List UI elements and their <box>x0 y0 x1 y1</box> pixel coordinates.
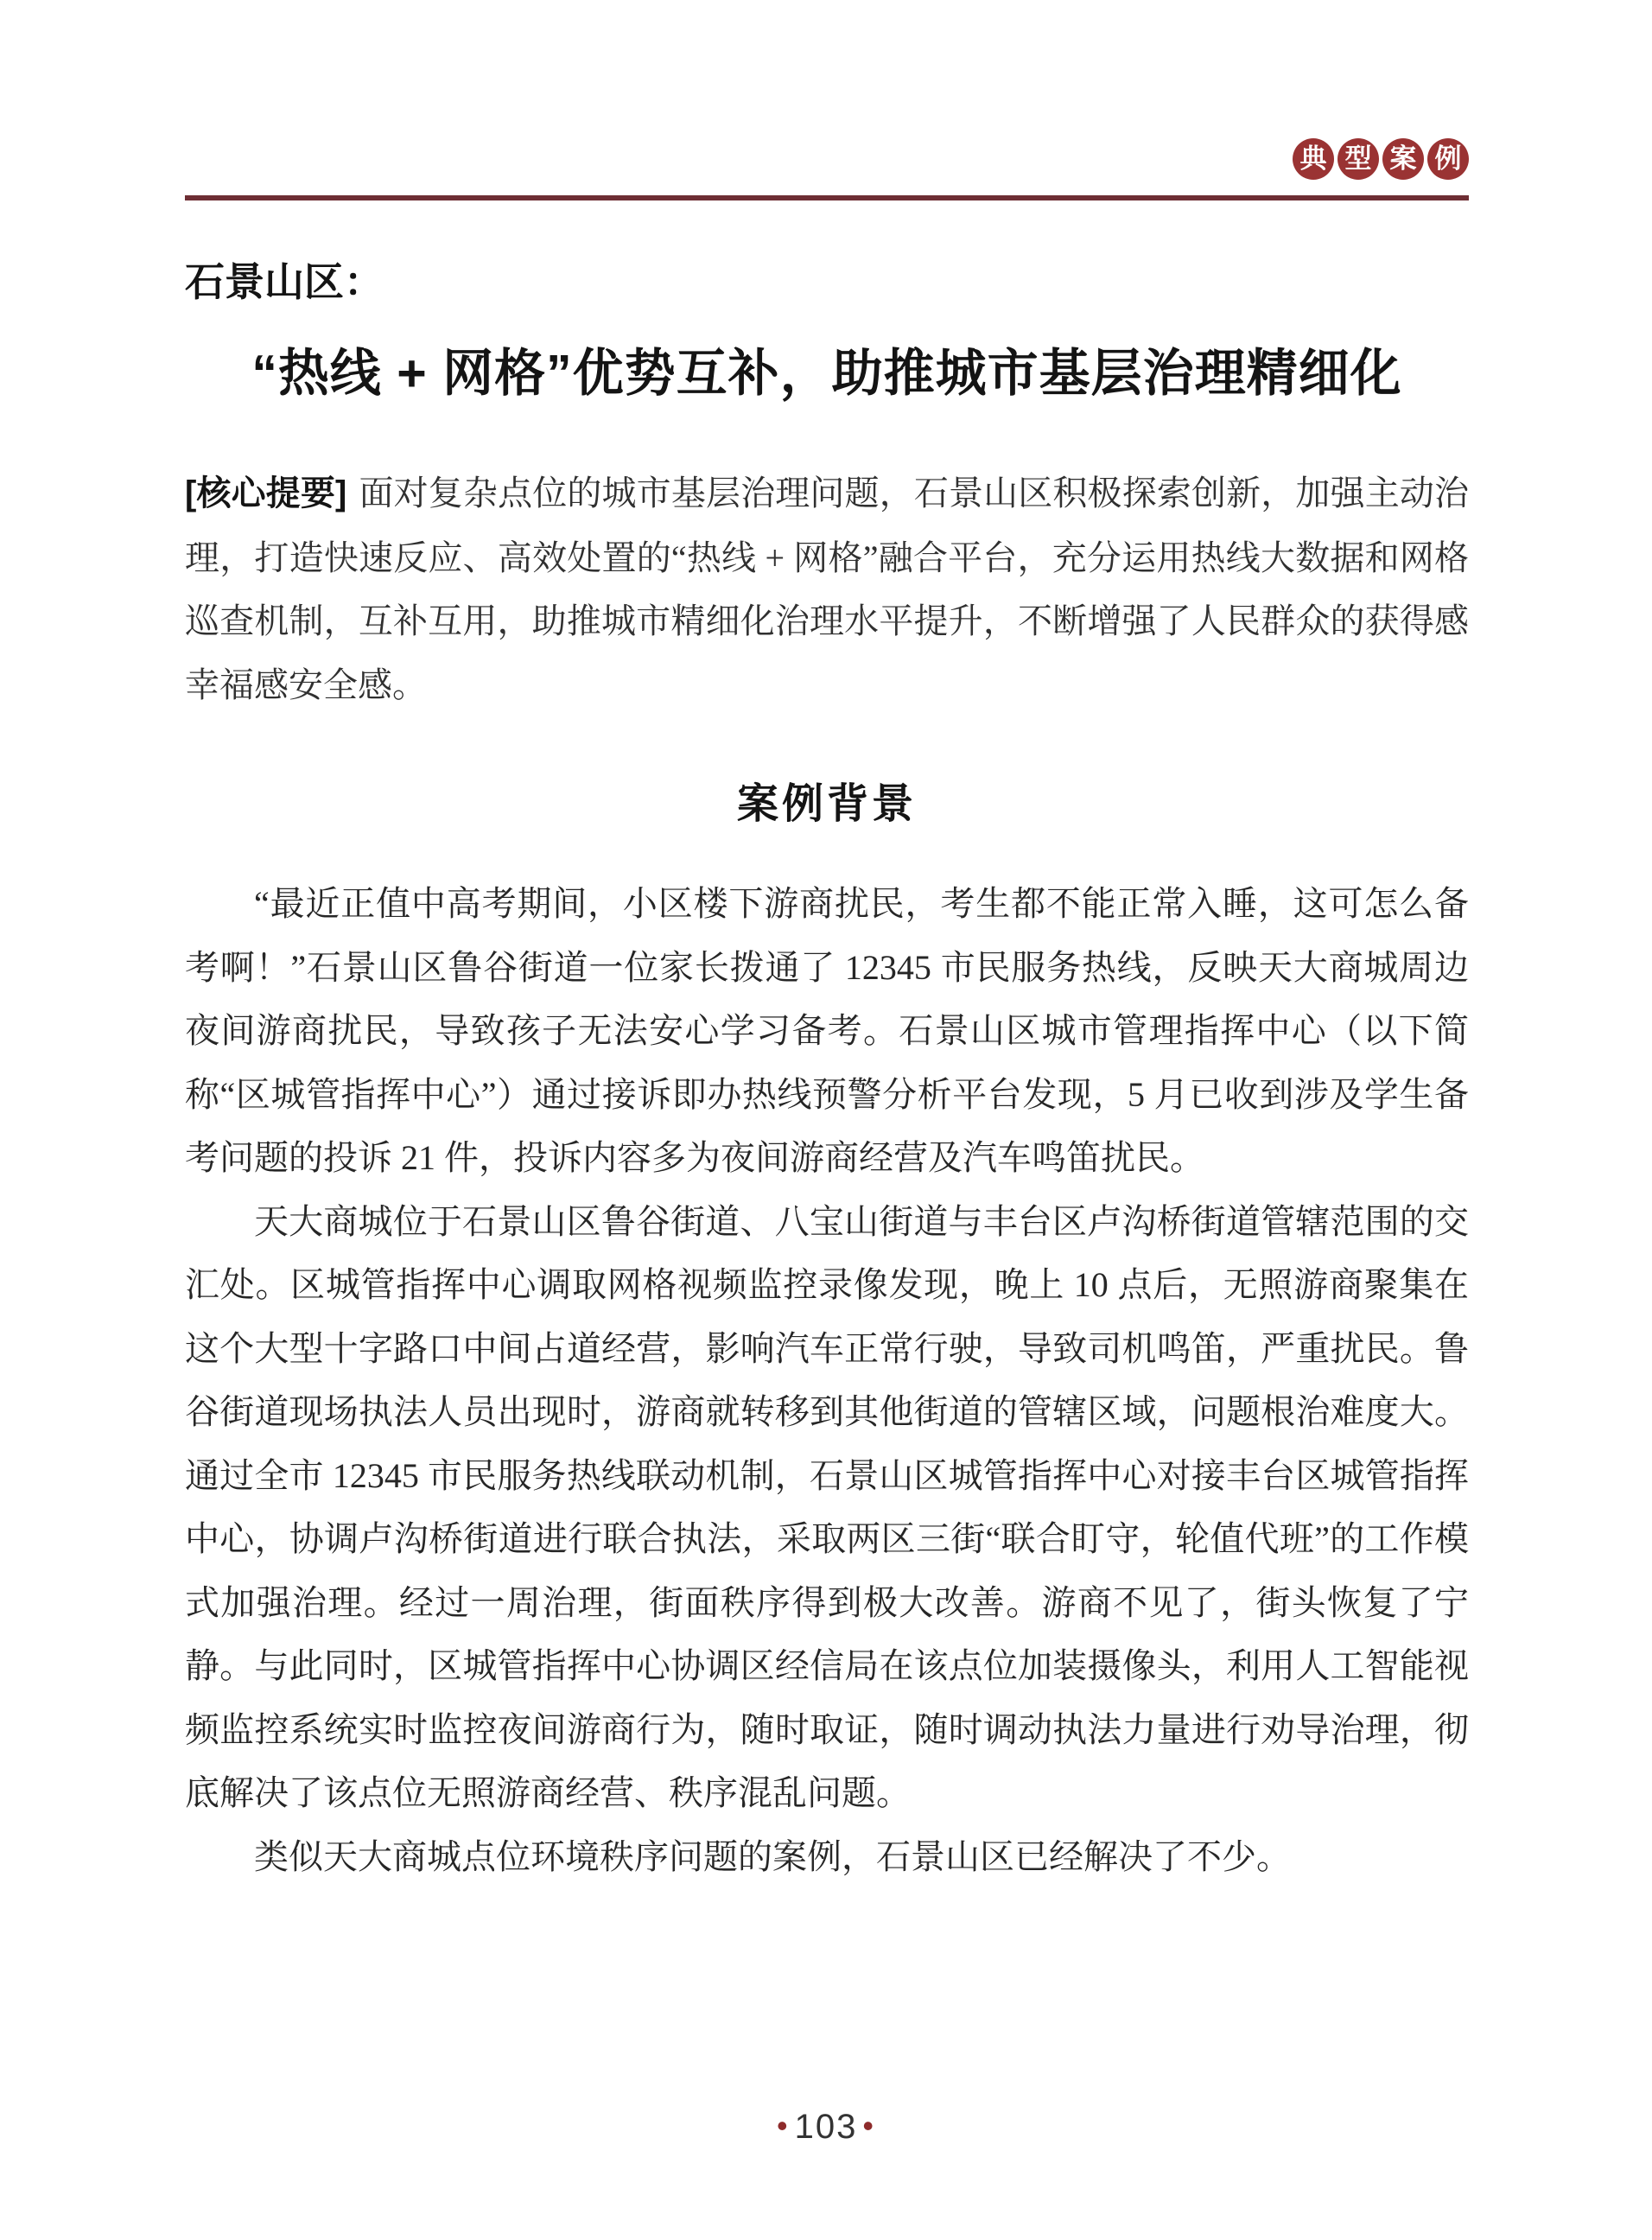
body-paragraph-3: 类似天大商城点位环境秩序问题的案例，石景山区已经解决了不少。 <box>185 1825 1469 1889</box>
district-label: 石景山区： <box>185 256 1469 308</box>
page-number-right-dot-icon: • <box>857 2108 880 2143</box>
header-rule <box>185 195 1469 200</box>
body-copy: “最近正值中高考期间，小区楼下游商扰民，考生都不能正常入睡，这可怎么备考啊！”石… <box>185 872 1469 1888</box>
page-number-left-dot-icon: • <box>772 2108 795 2143</box>
body-paragraph-1: “最近正值中高考期间，小区楼下游商扰民，考生都不能正常入睡，这可怎么备考啊！”石… <box>185 872 1469 1190</box>
article-title: “热线 + 网格”优势互补，助推城市基层治理精细化 <box>185 339 1469 408</box>
page-number-value: 103 <box>795 2108 858 2146</box>
article-content: 石景山区： “热线 + 网格”优势互补，助推城市基层治理精细化 [核心提要]面对… <box>185 256 1469 1888</box>
badge-char-dian: 典 <box>1293 138 1334 180</box>
core-summary-paragraph: [核心提要]面对复杂点位的城市基层治理问题，石景山区积极探索创新，加强主动治理，… <box>185 461 1469 716</box>
header-badge-group: 典 型 案 例 <box>1293 138 1469 180</box>
section-heading-case-background: 案例背景 <box>185 779 1469 830</box>
core-summary-text: 面对复杂点位的城市基层治理问题，石景山区积极探索创新，加强主动治理，打造快速反应… <box>185 474 1469 704</box>
body-paragraph-2: 天大商城位于石景山区鲁谷街道、八宝山街道与丰台区卢沟桥街道管辖范围的交汇处。区城… <box>185 1190 1469 1825</box>
core-summary-label: [核心提要] <box>185 474 346 512</box>
document-page: 典 型 案 例 石景山区： “热线 + 网格”优势互补，助推城市基层治理精细化 … <box>0 0 1652 2240</box>
badge-char-li: 例 <box>1427 138 1469 180</box>
badge-char-an: 案 <box>1382 138 1424 180</box>
badge-char-xing: 型 <box>1337 138 1379 180</box>
page-number: •103• <box>0 2105 1652 2148</box>
